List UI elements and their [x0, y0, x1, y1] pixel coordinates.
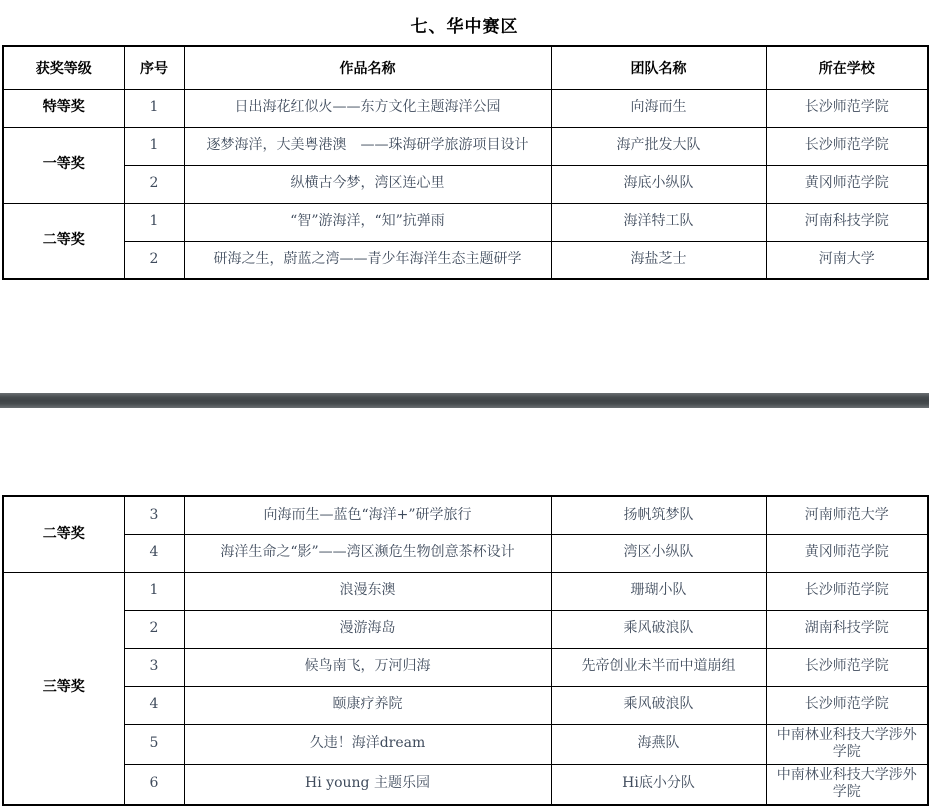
table-row: 二等奖 3 向海而生—蓝色“海洋+”研学旅行 扬帆筑梦队 河南师范大学	[3, 496, 928, 534]
page-break-divider	[0, 393, 929, 408]
col-header-team: 团队名称	[551, 46, 766, 89]
school-cell: 中南林业科技大学涉外学院	[766, 764, 928, 805]
no-cell: 1	[124, 203, 184, 241]
section-title: 七、华中赛区	[0, 12, 929, 37]
work-cell: 逐梦海洋，大美粤港澳 ——珠海研学旅游项目设计	[184, 127, 551, 165]
no-cell: 1	[124, 572, 184, 610]
award-cell: 三等奖	[3, 572, 124, 805]
col-header-award: 获奖等级	[3, 46, 124, 89]
school-cell: 湖南科技学院	[766, 610, 928, 648]
table-row: 一等奖 1 逐梦海洋，大美粤港澳 ——珠海研学旅游项目设计 海产批发大队 长沙师…	[3, 127, 928, 165]
school-cell: 河南师范大学	[766, 496, 928, 534]
team-cell: Hi底小分队	[551, 764, 766, 805]
table-row: 5 久违！海洋dream 海燕队 中南林业科技大学涉外学院	[3, 724, 928, 764]
school-cell: 长沙师范学院	[766, 648, 928, 686]
award-cell: 特等奖	[3, 89, 124, 127]
school-cell: 河南科技学院	[766, 203, 928, 241]
no-cell: 4	[124, 686, 184, 724]
table-row: 三等奖 1 浪漫东澳 珊瑚小队 长沙师范学院	[3, 572, 928, 610]
work-cell: 漫游海岛	[184, 610, 551, 648]
no-cell: 1	[124, 89, 184, 127]
no-cell: 2	[124, 610, 184, 648]
school-cell: 长沙师范学院	[766, 572, 928, 610]
no-cell: 5	[124, 724, 184, 764]
team-cell: 海底小纵队	[551, 165, 766, 203]
school-cell: 黄冈师范学院	[766, 534, 928, 572]
table-row: 4 颐康疗养院 乘风破浪队 长沙师范学院	[3, 686, 928, 724]
team-cell: 扬帆筑梦队	[551, 496, 766, 534]
team-cell: 海洋特工队	[551, 203, 766, 241]
award-cell: 二等奖	[3, 203, 124, 279]
no-cell: 3	[124, 648, 184, 686]
work-cell: 日出海花红似火——东方文化主题海洋公园	[184, 89, 551, 127]
work-cell: 纵横古今梦，湾区连心里	[184, 165, 551, 203]
work-cell: 海洋生命之“影”——湾区濒危生物创意茶杯设计	[184, 534, 551, 572]
table-row: 二等奖 1 “智”游海洋，“知”抗弹雨 海洋特工队 河南科技学院	[3, 203, 928, 241]
no-cell: 4	[124, 534, 184, 572]
award-cell: 二等奖	[3, 496, 124, 572]
work-cell: 研海之生，蔚蓝之湾——青少年海洋生态主题研学	[184, 241, 551, 279]
work-cell: “智”游海洋，“知”抗弹雨	[184, 203, 551, 241]
team-cell: 珊瑚小队	[551, 572, 766, 610]
table-row: 3 候鸟南飞，万河归海 先帝创业未半而中道崩组 长沙师范学院	[3, 648, 928, 686]
team-cell: 海盐芝士	[551, 241, 766, 279]
table-row: 特等奖 1 日出海花红似火——东方文化主题海洋公园 向海而生 长沙师范学院	[3, 89, 928, 127]
team-cell: 乘风破浪队	[551, 610, 766, 648]
col-header-school: 所在学校	[766, 46, 928, 89]
school-cell: 长沙师范学院	[766, 89, 928, 127]
work-cell: 颐康疗养院	[184, 686, 551, 724]
document-page: 七、华中赛区 获奖等级 序号 作品名称 团队名称 所在学校 特等奖 1 日出海花…	[0, 0, 929, 810]
work-cell: Hi young 主题乐园	[184, 764, 551, 805]
school-cell: 河南大学	[766, 241, 928, 279]
team-cell: 湾区小纵队	[551, 534, 766, 572]
table-row: 4 海洋生命之“影”——湾区濒危生物创意茶杯设计 湾区小纵队 黄冈师范学院	[3, 534, 928, 572]
team-cell: 海燕队	[551, 724, 766, 764]
no-cell: 2	[124, 241, 184, 279]
award-cell: 一等奖	[3, 127, 124, 203]
award-table-page2: 二等奖 3 向海而生—蓝色“海洋+”研学旅行 扬帆筑梦队 河南师范大学 4 海洋…	[2, 495, 929, 806]
work-cell: 浪漫东澳	[184, 572, 551, 610]
col-header-work: 作品名称	[184, 46, 551, 89]
no-cell: 2	[124, 165, 184, 203]
school-cell: 长沙师范学院	[766, 686, 928, 724]
col-header-no: 序号	[124, 46, 184, 89]
school-cell: 长沙师范学院	[766, 127, 928, 165]
work-cell: 向海而生—蓝色“海洋+”研学旅行	[184, 496, 551, 534]
no-cell: 3	[124, 496, 184, 534]
school-cell: 黄冈师范学院	[766, 165, 928, 203]
team-cell: 海产批发大队	[551, 127, 766, 165]
team-cell: 乘风破浪队	[551, 686, 766, 724]
work-cell: 久违！海洋dream	[184, 724, 551, 764]
team-cell: 向海而生	[551, 89, 766, 127]
header-row: 获奖等级 序号 作品名称 团队名称 所在学校	[3, 46, 928, 89]
team-cell: 先帝创业未半而中道崩组	[551, 648, 766, 686]
no-cell: 6	[124, 764, 184, 805]
award-table-page1: 获奖等级 序号 作品名称 团队名称 所在学校 特等奖 1 日出海花红似火——东方…	[2, 45, 929, 280]
no-cell: 1	[124, 127, 184, 165]
table-row: 2 漫游海岛 乘风破浪队 湖南科技学院	[3, 610, 928, 648]
work-cell: 候鸟南飞，万河归海	[184, 648, 551, 686]
table-row: 2 研海之生，蔚蓝之湾——青少年海洋生态主题研学 海盐芝士 河南大学	[3, 241, 928, 279]
table-row: 2 纵横古今梦，湾区连心里 海底小纵队 黄冈师范学院	[3, 165, 928, 203]
school-cell: 中南林业科技大学涉外学院	[766, 724, 928, 764]
table-row: 6 Hi young 主题乐园 Hi底小分队 中南林业科技大学涉外学院	[3, 764, 928, 805]
